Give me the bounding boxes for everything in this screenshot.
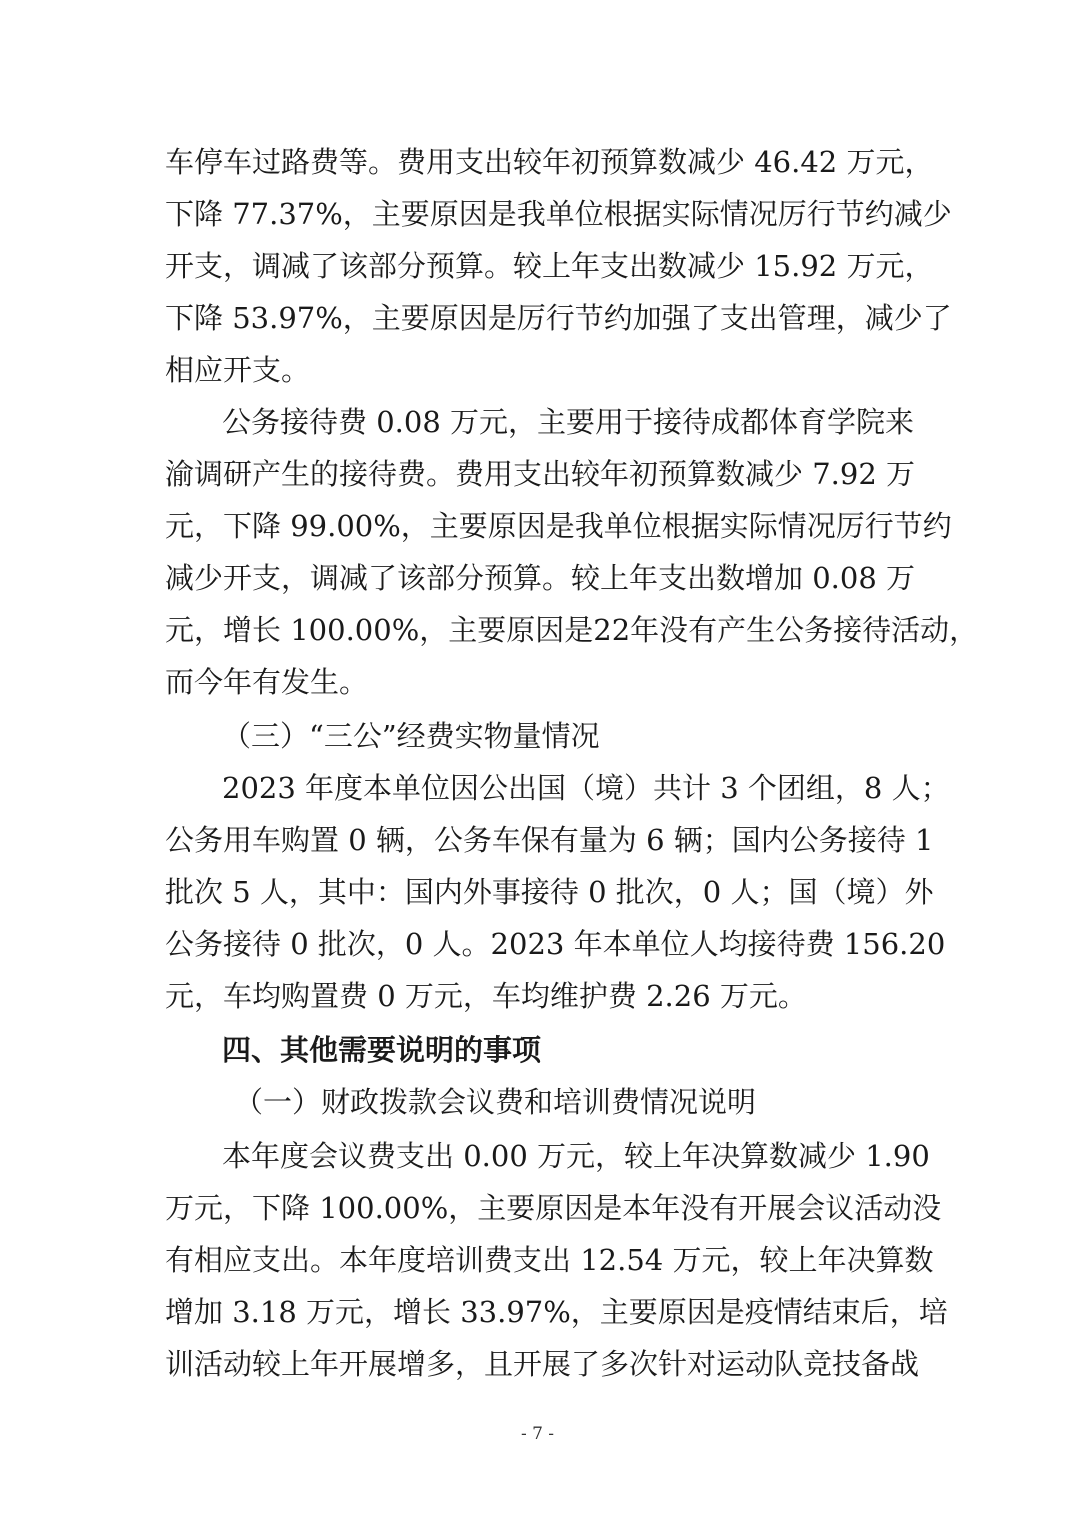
paragraph-line: 本年度会议费支出 0.00 万元，较上年决算数减少 1.90 — [222, 1136, 913, 1176]
paragraph-line: 公务接待 0 批次，0 人。2023 年本单位人均接待费 156.20 — [165, 924, 913, 964]
section-heading-other-matters: 四、其他需要说明的事项 — [222, 1030, 541, 1070]
paragraph-line: 元，车均购置费 0 万元，车均维护费 2.26 万元。 — [165, 976, 913, 1016]
paragraph-line: 训活动较上年开展增多，且开展了多次针对运动队竞技备战 — [165, 1344, 913, 1384]
section-heading-three-public-physical: （三）“三公”经费实物量情况 — [222, 716, 600, 756]
paragraph-line: 渝调研产生的接待费。费用支出较年初预算数减少 7.92 万 — [165, 454, 913, 494]
paragraph-line: 2023 年度本单位因公出国（境）共计 3 个团组，8 人； — [222, 768, 913, 808]
paragraph-line: 而今年有发生。 — [165, 662, 913, 702]
paragraph-line: 减少开支，调减了该部分预算。较上年支出数增加 0.08 万 — [165, 558, 913, 598]
paragraph-line: 相应开支。 — [165, 350, 913, 390]
paragraph-line: 批次 5 人，其中：国内外事接待 0 批次，0 人；国（境）外 — [165, 872, 913, 912]
paragraph-line: 车停车过路费等。费用支出较年初预算数减少 46.42 万元， — [165, 142, 913, 182]
paragraph-line: 下降 53.97%，主要原因是厉行节约加强了支出管理，减少了 — [165, 298, 913, 338]
paragraph-line: 有相应支出。本年度培训费支出 12.54 万元，较上年决算数 — [165, 1240, 913, 1280]
paragraph-line: 开支，调减了该部分预算。较上年支出数减少 15.92 万元， — [165, 246, 913, 286]
paragraph-line: 公务接待费 0.08 万元，主要用于接待成都体育学院来 — [222, 402, 913, 442]
paragraph-line: 元，下降 99.00%，主要原因是我单位根据实际情况厉行节约 — [165, 506, 913, 546]
page-number: - 7 - — [0, 1424, 1075, 1444]
paragraph-line: 元，增长 100.00%，主要原因是22年没有产生公务接待活动， — [165, 610, 913, 650]
section-heading-meeting-training: （一）财政拨款会议费和培训费情况说明 — [234, 1082, 756, 1122]
paragraph-line: 万元，下降 100.00%，主要原因是本年没有开展会议活动没 — [165, 1188, 913, 1228]
paragraph-line: 增加 3.18 万元，增长 33.97%，主要原因是疫情结束后，培 — [165, 1292, 913, 1332]
paragraph-line: 公务用车购置 0 辆，公务车保有量为 6 辆；国内公务接待 1 — [165, 820, 913, 860]
paragraph-line: 下降 77.37%，主要原因是我单位根据实际情况厉行节约减少 — [165, 194, 913, 234]
